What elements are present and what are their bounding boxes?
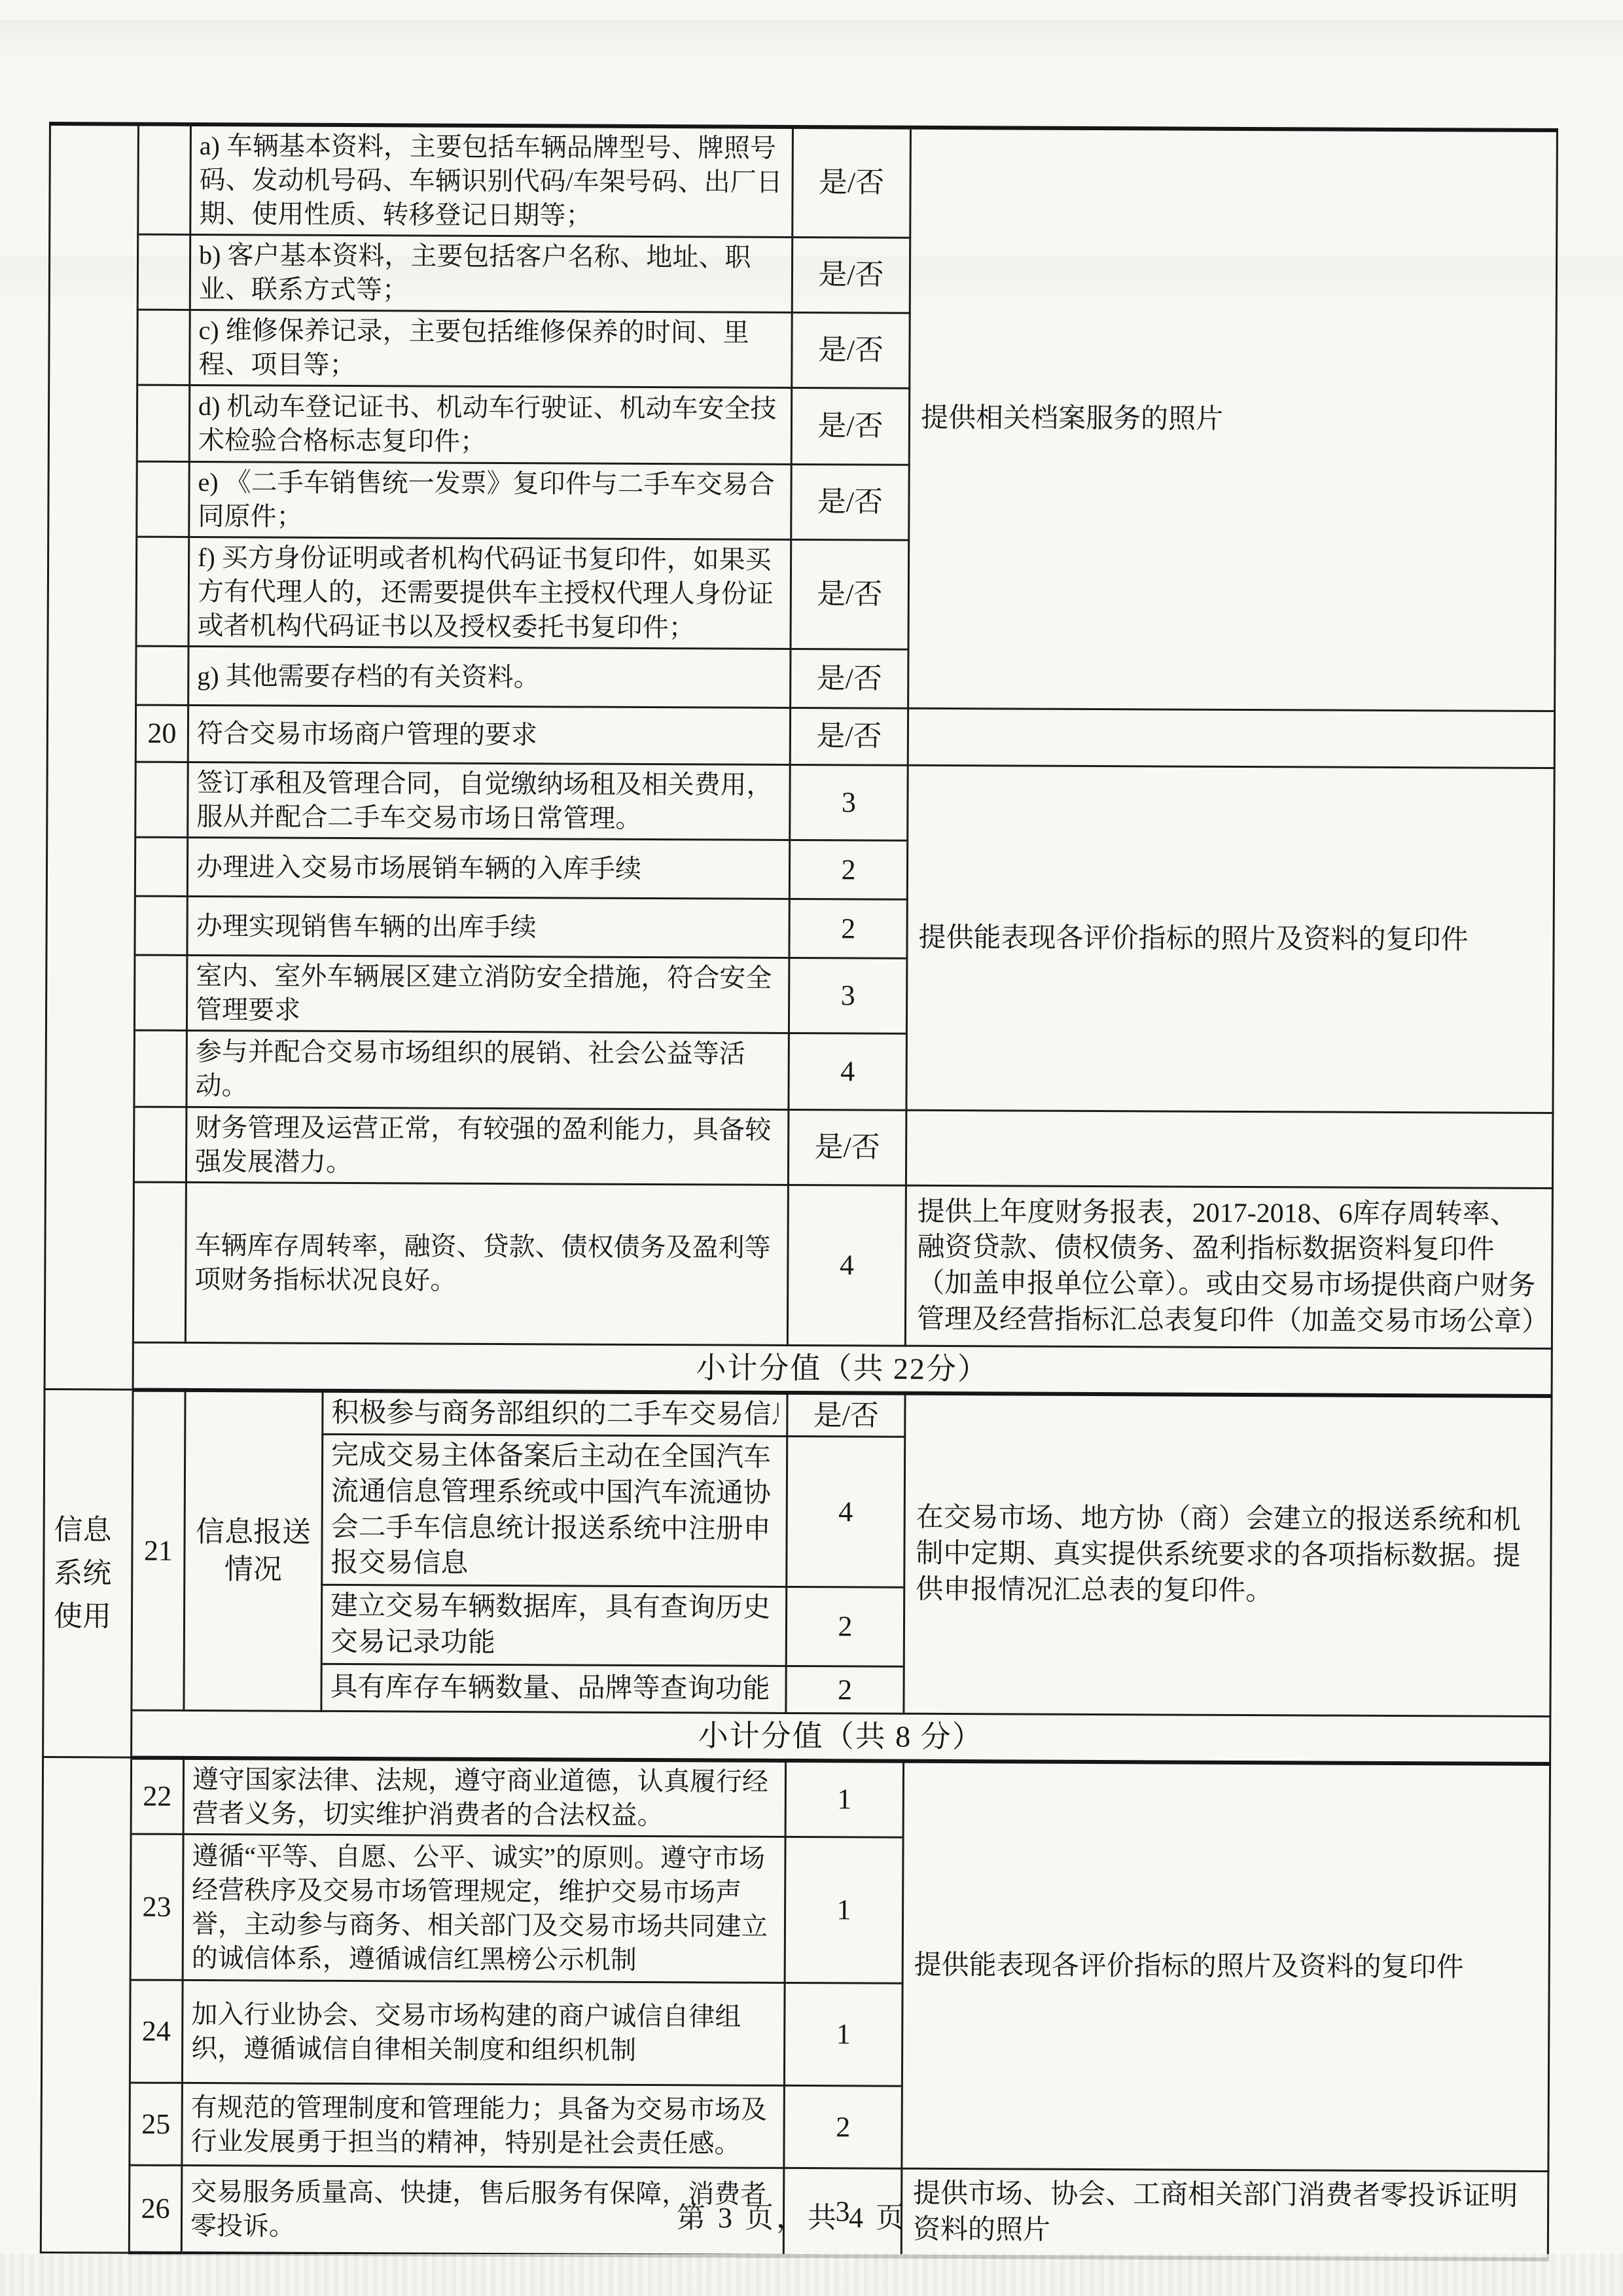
subtotal-22-label: 小计分值（共 22分）: [133, 1342, 1552, 1396]
cell-a-score: 是/否: [793, 127, 911, 238]
cell-d-text: d) 机动车登记证书、机动车行驶证、机动车安全技术检验合格标志复印件；: [189, 385, 792, 464]
cell-turnover-score: 4: [787, 1185, 906, 1346]
cell-g-no: [136, 646, 188, 705]
cell-25-text: 有规范的管理制度和管理能力；具备为交易市场及行业发展勇于担当的精神，特别是社会责…: [182, 2083, 785, 2168]
cell-e-score: 是/否: [791, 464, 910, 540]
cell-25-no: 25: [130, 2083, 183, 2165]
subtotal-row-8: 小计分值（共 8 分）: [43, 1710, 1550, 1763]
cell-c-no: [137, 310, 190, 385]
evidence-blank-finance: [906, 1110, 1552, 1188]
cell-events-score: 4: [789, 1033, 907, 1110]
cell-infostock-text: 具有库存车辆数量、品牌等查询功能: [321, 1664, 786, 1713]
cell-g-score: 是/否: [791, 649, 908, 708]
table-row: 车辆库存周转率，融资、贷款、债权债务及盈利等项财务指标状况良好。 4 提供上年度…: [45, 1181, 1552, 1348]
subtotal-row-22: 小计分值（共 22分）: [45, 1342, 1552, 1395]
scan-streak: [0, 20, 1623, 59]
cell-d-no: [137, 385, 190, 461]
cell-23-text: 遵循“平等、自愿、公平、诚实”的原则。遵守市场经营秩序及交易市场管理规定，维护交…: [183, 1834, 785, 1982]
cell-infojoin-text: 积极参与商务部组织的二手车交易信息: [323, 1391, 787, 1437]
cell-inbound-text: 办理进入交易市场展销车辆的入库手续: [187, 837, 789, 899]
cell-b-text: b) 客户基本资料，主要包括客户名称、地址、职业、联系方式等；: [190, 234, 792, 312]
cell-rent-score: 3: [790, 764, 908, 840]
category-cell-blank: [45, 124, 138, 1390]
cell-infodb-text: 建立交易车辆数据库，具有查询历史交易记录功能: [321, 1585, 787, 1666]
cell-finance-score: 是/否: [788, 1109, 906, 1185]
cell-24-score: 1: [784, 1982, 902, 2086]
table-row: 20 符合交易市场商户管理的要求 是/否: [47, 704, 1554, 768]
cell-events-text: 参与并配合交易市场组织的展销、社会公益等活动。: [187, 1030, 789, 1109]
cell-events-no: [134, 1030, 187, 1107]
evidence-archive: 提供相关档案服务的照片: [908, 128, 1558, 711]
cell-turnover-no: [133, 1182, 186, 1342]
cell-22-text: 遵守国家法律、法规，遵守商业道德，认真履行经营者义务，切实维护消费者的合法权益。: [183, 1757, 786, 1837]
cell-24-text: 加入行业协会、交易市场构建的商户诚信自律组织，遵循诚信自律相关制度和组织机制: [182, 1980, 785, 2085]
cell-rent-text: 签订承租及管理合同，自觉缴纳场租及相关费用，服从并配合二手车交易市场日常管理。: [188, 762, 790, 840]
cell-inforegister-score: 4: [787, 1437, 905, 1587]
cell-c-score: 是/否: [792, 312, 910, 388]
scan-noise-band: [0, 2254, 1623, 2296]
cell-24-no: 24: [130, 1980, 183, 2083]
category-info-system: 信息系统使用: [43, 1390, 133, 1757]
cell-a-text: a) 车辆基本资料，主要包括车辆品牌型号、牌照号码、发动机号码、车辆识别代码/车…: [190, 124, 793, 238]
evidence-turnover: 提供上年度财务报表，2017-2018、6库存周转率、融资贷款、债权债务、盈利指…: [905, 1185, 1552, 1348]
cell-finance-no: [134, 1107, 187, 1182]
cell-turnover-text: 车辆库存周转率，融资、贷款、债权债务及盈利等项财务指标状况良好。: [185, 1182, 788, 1345]
cell-outbound-no: [135, 896, 187, 955]
cell-20-no: 20: [135, 705, 188, 762]
cell-21-no: 21: [132, 1390, 185, 1710]
cell-inforegister-text: 完成交易主体备案后主动在全国汽车流通信息管理系统或中国汽车流通协会二手车信息统计…: [322, 1435, 787, 1587]
cell-g-text: g) 其他需要存档的有关资料。: [188, 646, 791, 708]
page-footer: 第 3 页，共 4 页: [0, 2194, 1584, 2236]
cell-b-score: 是/否: [792, 237, 910, 313]
cell-f-text: f) 买方身份证明或者机构代码证书复印件，如果买方有代理人的，还需要提供车主授权…: [188, 537, 791, 649]
cell-outbound-score: 2: [789, 899, 907, 958]
cell-rent-no: [135, 762, 188, 837]
cell-a-no: [138, 124, 191, 235]
cell-e-no: [137, 461, 190, 537]
cell-f-score: 是/否: [791, 539, 909, 649]
subtotal-8-label: 小计分值（共 8 分）: [132, 1710, 1550, 1764]
cell-25-score: 2: [784, 2085, 902, 2168]
cell-fire-text: 室内、室外车辆展区建立消防安全措施，符合安全管理要求: [187, 955, 789, 1033]
category-cell-blank-2: [41, 1757, 131, 2253]
cell-23-score: 1: [785, 1837, 903, 1983]
cell-21-subcategory: 信息报送情况: [184, 1390, 323, 1711]
table-row: 信息系统使用 21 信息报送情况 积极参与商务部组织的二手车交易信息 是/否 在…: [45, 1390, 1552, 1440]
category-info-system-label: 信息系统使用: [54, 1509, 120, 1638]
table-row: a) 车辆基本资料，主要包括车辆品牌型号、牌照号码、发动机号码、车辆识别代码/车…: [50, 124, 1558, 241]
evidence-reporting: 在交易市场、地方协（商）会建立的报送系统和机制中定期、真实提供系统要求的各项指标…: [904, 1393, 1552, 1717]
cell-infostock-score: 2: [786, 1666, 904, 1713]
cell-outbound-text: 办理实现销售车辆的出库手续: [187, 896, 789, 958]
cell-d-score: 是/否: [791, 387, 910, 465]
evaluation-table: a) 车辆基本资料，主要包括车辆品牌型号、牌照号码、发动机号码、车辆识别代码/车…: [40, 122, 1558, 2261]
cell-20-text: 符合交易市场商户管理的要求: [188, 705, 790, 764]
cell-infojoin-text-inner: 积极参与商务部组织的二手车交易信息: [331, 1395, 778, 1433]
cell-22-no: 22: [131, 1757, 184, 1834]
table-row: 财务管理及运营正常，有较强的盈利能力，具备较强发展潜力。 是/否: [45, 1106, 1552, 1188]
table-row: 22 遵守国家法律、法规，遵守商业道德，认真履行经营者义务，切实维护消费者的合法…: [43, 1757, 1550, 1840]
cell-23-no: 23: [130, 1834, 183, 1980]
evidence-metrics-2: 提供能表现各评价指标的照片及资料的复印件: [902, 1761, 1550, 2171]
cell-inbound-score: 2: [789, 840, 907, 899]
cell-f-no: [136, 537, 189, 646]
scanned-page: { "footer": "第 3 页，共 4 页", "category": {…: [0, 0, 1623, 2296]
cell-infodb-score: 2: [786, 1587, 904, 1666]
cell-fire-no: [134, 955, 187, 1030]
cell-c-text: c) 维修保养记录，主要包括维修保养的时间、里程、项目等；: [190, 310, 792, 387]
cell-infojoin-score: 是/否: [787, 1393, 905, 1437]
evidence-blank-20: [908, 708, 1554, 768]
table-row: 签订承租及管理合同，自觉缴纳场租及相关费用，服从并配合二手车交易市场日常管理。 …: [47, 761, 1554, 843]
cell-e-text: e) 《二手车销售统一发票》复印件与二手车交易合同原件；: [189, 461, 791, 539]
cell-20-score: 是/否: [790, 708, 908, 765]
cell-inbound-no: [135, 837, 187, 896]
cell-finance-text: 财务管理及运营正常，有较强的盈利能力，具备较强发展潜力。: [186, 1107, 788, 1185]
evidence-metrics-1: 提供能表现各评价指标的照片及资料的复印件: [906, 765, 1554, 1113]
cell-22-score: 1: [785, 1760, 904, 1837]
cell-fire-score: 3: [789, 958, 907, 1033]
cell-b-no: [137, 234, 190, 310]
